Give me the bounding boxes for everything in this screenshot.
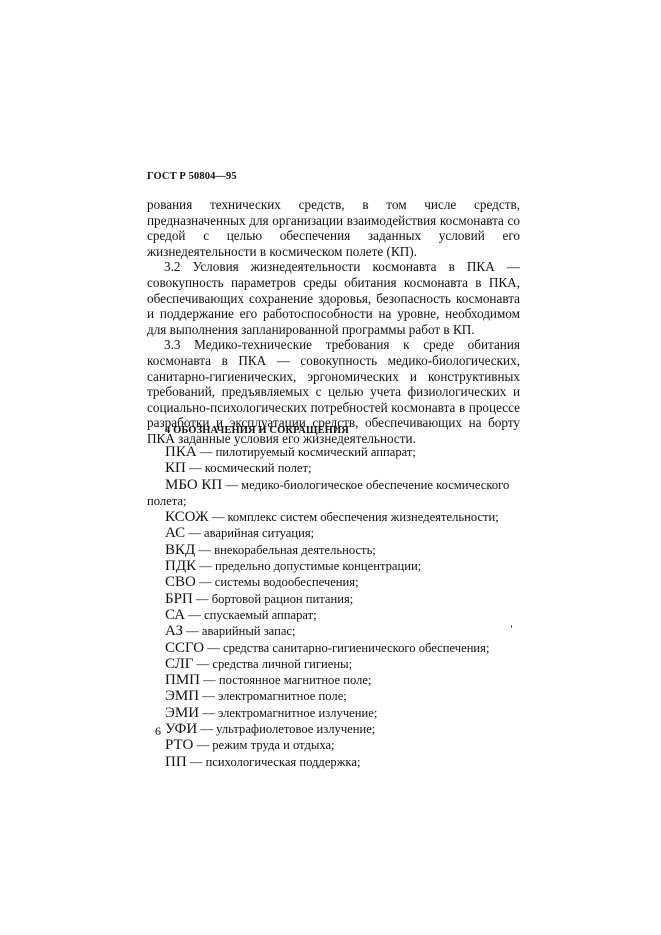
abbreviation-definition: — пилотируемый космический аппарат; (197, 445, 416, 459)
abbreviation-key: ПКА (165, 444, 197, 460)
abbreviation-item: ВКД — внекорабельная деятельность; (147, 542, 520, 558)
abbreviation-item: ЭМП — электромагнитное поле; (147, 688, 520, 704)
scan-artifact (511, 625, 512, 628)
abbreviation-item: СЛГ — средства личной гигиены; (147, 656, 520, 672)
abbreviation-key: ВКД (165, 542, 195, 558)
abbreviation-item: КП — космический полет; (147, 460, 520, 476)
abbreviation-definition: — системы водообеспечения; (196, 575, 359, 589)
abbreviation-key: СЛГ (165, 656, 193, 672)
abbreviation-key: РТО (165, 737, 193, 753)
abbreviation-item: ПП — психологическая поддержка; (147, 754, 520, 770)
abbreviation-key: АС (165, 525, 185, 541)
abbreviation-key: УФИ (165, 721, 197, 737)
abbreviation-key: ПП (165, 754, 187, 770)
abbreviation-definition: — предельно допустимые концентрации; (196, 559, 421, 573)
abbreviation-definition: — комплекс систем обеспечения жизнедеяте… (209, 510, 499, 524)
abbreviation-key: ПДК (165, 558, 196, 574)
abbreviation-item: ЭМИ — электромагнитное излучение; (147, 705, 520, 721)
abbreviation-definition: — постоянное магнитное поле; (200, 673, 371, 687)
abbreviation-definition: — аварийный запас; (183, 624, 296, 638)
abbreviation-definition: — электромагнитное излучение; (199, 706, 377, 720)
abbreviations-list: ПКА — пилотируемый космический аппарат; … (147, 444, 520, 770)
paragraph-3-2: 3.2 Условия жизнедеятельности космонавта… (147, 259, 520, 337)
abbreviation-definition: — бортовой рацион питания; (193, 592, 353, 606)
abbreviation-item: АЗ — аварийный запас; (147, 623, 520, 639)
abbreviation-definition: — внекорабельная деятельность; (195, 543, 376, 557)
abbreviation-item: МБО КП — медико-биологическое обеспечени… (147, 477, 520, 510)
page-number: 6 (155, 724, 161, 739)
abbreviation-definition: — спускаемый аппарат; (185, 608, 317, 622)
abbreviation-key: СА (165, 607, 185, 623)
abbreviation-definition: — ультрафиолетовое излучение; (197, 722, 375, 736)
abbreviation-definition: — средства санитарно-гигиенического обес… (204, 641, 489, 655)
abbreviation-item: ПМП — постоянное магнитное поле; (147, 672, 520, 688)
abbreviation-definition: — психологическая поддержка; (187, 755, 361, 769)
abbreviation-definition: — космический полет; (186, 461, 312, 475)
section-title: 4 ОБОЗНАЧЕНИЯ И СОКРАЩЕНИЯ (165, 425, 349, 436)
paragraph-continuation: рования технических средств, в том числе… (147, 197, 520, 259)
abbreviation-item: СА — спускаемый аппарат; (147, 607, 520, 623)
abbreviation-key: КСОЖ (165, 509, 209, 525)
definitions-block: рования технических средств, в том числе… (147, 197, 520, 447)
abbreviation-definition: — режим труда и отдыха; (193, 738, 334, 752)
abbreviation-key: ЭМП (165, 688, 199, 704)
abbreviation-item: УФИ — ультрафиолетовое излучение; (147, 721, 520, 737)
abbreviation-key: МБО КП (165, 477, 222, 493)
abbreviation-item: БРП — бортовой рацион питания; (147, 591, 520, 607)
abbreviation-item: ССГО — средства санитарно-гигиенического… (147, 640, 520, 656)
abbreviation-key: ПМП (165, 672, 200, 688)
abbreviation-key: БРП (165, 591, 193, 607)
abbreviation-item: СВО — системы водообеспечения; (147, 574, 520, 590)
abbreviation-item: ПДК — предельно допустимые концентрации; (147, 558, 520, 574)
abbreviation-key: АЗ (165, 623, 183, 639)
document-page: ГОСТ Р 50804—95 рования технических сред… (0, 0, 661, 935)
abbreviation-key: СВО (165, 574, 196, 590)
abbreviation-key: ЭМИ (165, 705, 199, 721)
abbreviation-key: КП (165, 460, 186, 476)
abbreviation-item: РТО — режим труда и отдыха; (147, 737, 520, 753)
abbreviation-definition: — электромагнитное поле; (199, 689, 347, 703)
abbreviation-item: КСОЖ — комплекс систем обеспечения жизне… (147, 509, 520, 525)
abbreviation-item: АС — аварийная ситуация; (147, 525, 520, 541)
abbreviation-definition: — средства личной гигиены; (193, 657, 352, 671)
abbreviation-item: ПКА — пилотируемый космический аппарат; (147, 444, 520, 460)
abbreviation-key: ССГО (165, 640, 204, 656)
document-header: ГОСТ Р 50804—95 (147, 171, 237, 182)
abbreviation-definition: — аварийная ситуация; (185, 526, 314, 540)
